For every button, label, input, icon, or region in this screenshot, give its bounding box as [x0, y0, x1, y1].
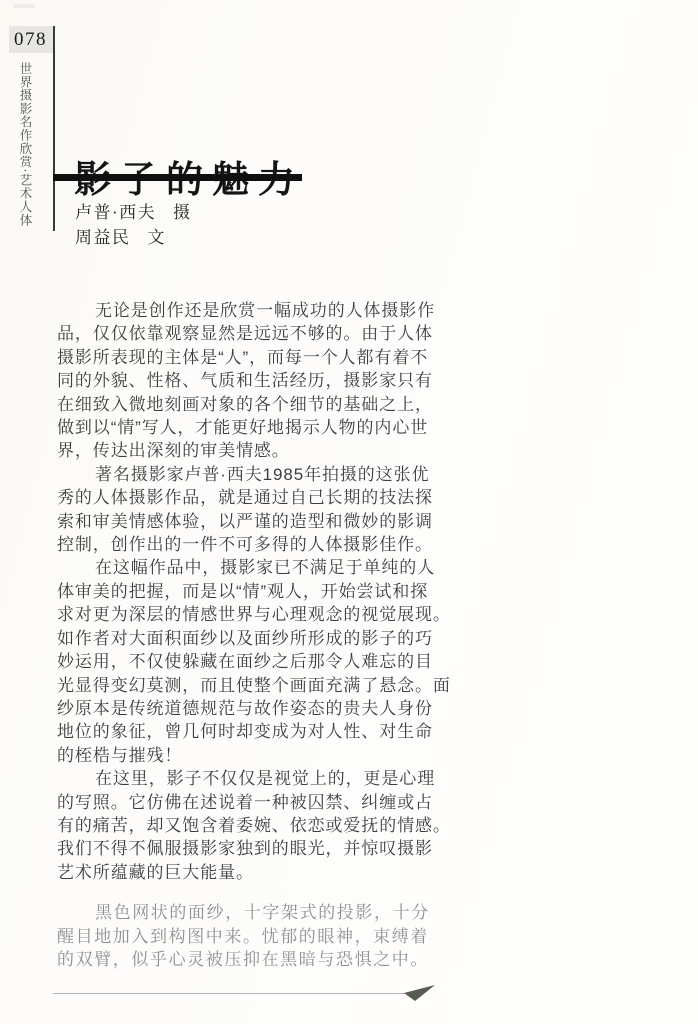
body-text-line: 光显得变幻莫测，而且使整个画面充满了悬念。面: [57, 674, 447, 697]
body-text-line: 界，传达出深刻的审美情感。: [57, 439, 447, 462]
body-text-line: 品，仅仅依靠观察显然是远远不够的。由于人体: [57, 322, 447, 345]
title-underline-bar: [53, 174, 302, 181]
credit-role: 摄: [173, 203, 192, 222]
article-body: 无论是创作还是欣赏一幅成功的人体摄影作品，仅仅依靠观察显然是远远不够的。由于人体…: [57, 299, 447, 971]
footer-rule: [53, 993, 420, 994]
body-text-line: 索和审美情感体验，以严谨的造型和微妙的影调: [57, 510, 447, 533]
book-page: 078 世界摄影名作欣赏·艺术人体 影子的魅力 卢普·西夫摄 周益民文 无论是创…: [0, 0, 698, 1024]
body-paragraph: 在这幅作品中，摄影家已不满足于单纯的人体审美的把握，而是以“情”观人，开始尝试和…: [57, 556, 447, 767]
body-text-line: 在细致入微地刻画对象的各个细节的基础之上，: [57, 393, 447, 416]
body-text-line: 有的痛苦，却又饱含着委婉、依恋或爱抚的情感。: [57, 814, 447, 837]
body-text-line: 体审美的把握，而是以“情”观人，开始尝试和探: [57, 580, 447, 603]
continuation-arrow-icon: [402, 982, 436, 1004]
body-paragraph: 无论是创作还是欣赏一幅成功的人体摄影作品，仅仅依靠观察显然是远远不够的。由于人体…: [57, 299, 447, 463]
body-text-line: 秀的人体摄影作品，就是通过自己长期的技法探: [57, 486, 447, 509]
body-text-line: 的写照。它仿佛在述说着一种被囚禁、纠缠或占: [57, 791, 447, 814]
body-text-line: 艺术所蕴藏的巨大能量。: [57, 861, 447, 884]
body-paragraph: 黑色网状的面纱，十字架式的投影，十分醒目地加入到构图中来。忧郁的眼神，束缚着的双…: [57, 901, 447, 971]
body-text-line: 纱原本是传统道德规范与故作姿态的贵夫人身份: [57, 697, 447, 720]
body-text-line: 控制，创作出的一件不可多得的人体摄影佳作。: [57, 533, 447, 556]
body-text-line: 同的外貌、性格、气质和生活经历，摄影家只有: [57, 369, 447, 392]
credit-name: 卢普·西夫: [75, 203, 156, 222]
body-text-line: 求对更为深层的情感世界与心理观念的视觉展现。: [57, 603, 447, 626]
scan-smudge: [13, 4, 35, 8]
credit-photographer: 卢普·西夫摄: [75, 198, 192, 223]
sidebar-vertical-rule: [53, 26, 55, 231]
credit-author: 周益民文: [75, 223, 166, 248]
body-text-line: 的双臂，似乎心灵被压抑在黑暗与恐惧之中。: [57, 948, 447, 971]
body-paragraph: 著名摄影家卢普·西夫1985年拍摄的这张优秀的人体摄影作品，就是通过自己长期的技…: [57, 463, 447, 557]
body-text-line: 妙运用，不仅使躲藏在面纱之后那令人难忘的目: [57, 650, 447, 673]
body-text-line: 无论是创作还是欣赏一幅成功的人体摄影作: [57, 299, 447, 322]
body-text-line: 醒目地加入到构图中来。忧郁的眼神，束缚着: [57, 925, 447, 948]
credit-name: 周益民: [75, 228, 131, 247]
body-text-line: 的桎梏与摧残！: [57, 744, 447, 767]
body-paragraph: 在这里，影子不仅仅是视觉上的，更是心理的写照。它仿佛在述说着一种被囚禁、纠缠或占…: [57, 767, 447, 884]
page-number-tab: 078: [9, 26, 54, 53]
page-number: 078: [14, 29, 47, 51]
body-text-line: 摄影所表现的主体是“人”，而每一个人都有着不: [57, 346, 447, 369]
body-text-line: 我们不得不佩服摄影家独到的眼光，并惊叹摄影: [57, 837, 447, 860]
body-text-line: 做到以“情”写人，才能更好地揭示人物的内心世: [57, 416, 447, 439]
body-text-line: 在这幅作品中，摄影家已不满足于单纯的人: [57, 556, 447, 579]
body-text-line: 地位的象征，曾几何时却变成为对人性、对生命: [57, 720, 447, 743]
body-text-line: 在这里，影子不仅仅是视觉上的，更是心理: [57, 767, 447, 790]
body-text-line: 如作者对大面积面纱以及面纱所形成的影子的巧: [57, 627, 447, 650]
series-title-vertical: 世界摄影名作欣赏·艺术人体: [16, 62, 34, 242]
body-text-line: 黑色网状的面纱，十字架式的投影，十分: [57, 901, 447, 924]
body-text-line: 著名摄影家卢普·西夫1985年拍摄的这张优: [57, 463, 447, 486]
credit-role: 文: [148, 228, 167, 247]
